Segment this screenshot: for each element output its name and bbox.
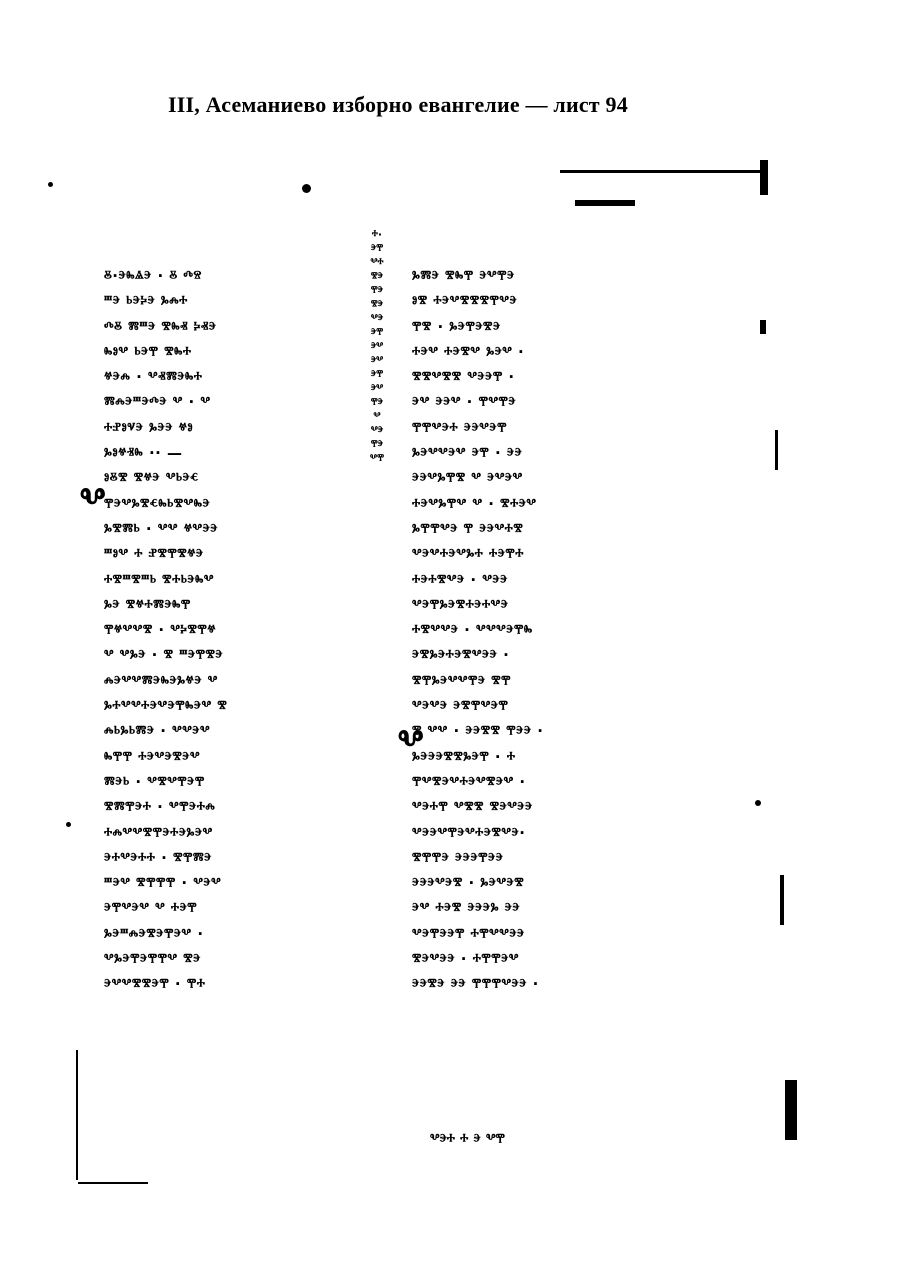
manuscript-line: ⱎⰵ ⱃⰵⰽⰵ ⰳⰾⰰ — [104, 289, 227, 314]
manuscript-line: ⰹ ⰲⰲ · ⰵⰵⰺⰺ ⰹⰵⰵ · — [412, 719, 543, 744]
initial-letter-right: ⰲ — [398, 720, 424, 767]
manuscript-line: ⰾⱃⰳⱃⰿⰵ · ⰲⰲⰵⰲ — [104, 719, 227, 744]
manuscript-line: ⰸⰹⰹ ⰰⰵⰲⰵⰺⰵⰲ — [104, 745, 227, 770]
manuscript-line: ⰲⰳⰵⰹⰵⰹⰹⰲ ⰺⰵ — [104, 947, 227, 972]
manuscript-left-column: ⰻ·ⰵⰸⱑⰵ · ⰻ ⰴⱄⱎⰵ ⱃⰵⰽⰵ ⰳⰾⰰⰴⰻ ⰿⱎⰵ ⰺⰸⱏ ⰽⱏⰵⰸⱁ… — [104, 264, 227, 998]
manuscript-line: ⰵⰲⰲⰺⰺⰵⰹ · ⰹⰰ — [104, 972, 227, 997]
manuscript-line: ⰳⰵ ⰺⱍⰰⰿⰵⰸⰹ — [104, 593, 227, 618]
scan-speck — [302, 184, 311, 193]
manuscript-line: ⰳⱁⱍⱐⰸ ·· — — [104, 441, 227, 466]
manuscript-line: ⰺⰹⰳⰵⰲⰲⰹⰵ ⰺⰹ — [412, 669, 543, 694]
scan-mark — [560, 170, 760, 173]
manuscript-line: ⰿⰵⱃ · ⰲⰺⰲⰹⰵⰹ — [104, 770, 227, 795]
manuscript-line: ⰹⰵⰲⰳⰺⱔⰸⱃⰺⰲⰸⰵ — [104, 492, 227, 517]
scan-speck — [755, 800, 761, 806]
scan-mark — [775, 430, 778, 470]
scan-speck — [66, 822, 71, 827]
manuscript-line: ⰿⰾⰵⱎⰵⰴⰵ ⰲ · ⰲ — [104, 390, 227, 415]
manuscript-line: ⰰⰾⰲⰲⰺⰹⰵⰰⰵⰳⰵⰲ — [104, 821, 227, 846]
manuscript-line: ⰵⰲ ⰰⰵⰺ ⰵⰵⰵⰳ ⰵⰵ — [412, 896, 543, 921]
manuscript-line: ⰰⰺⰲⰲⰵ · ⰲⰲⰲⰵⰹⰸ — [412, 618, 543, 643]
scan-mark — [760, 320, 766, 334]
manuscript-line: ⰲⰵⰹⰵⰵⰹ ⰰⰹⰲⰲⰵⰵ — [412, 922, 543, 947]
scan-mark — [78, 1182, 148, 1184]
manuscript-line: ⰰⱀⱁⱌⰵ ⰳⰵⰵ ⱍⱁ — [104, 416, 227, 441]
manuscript-line: ⰵⰵⰺⰵ ⰵⰵ ⰹⰹⰹⰲⰵⰵ · — [412, 972, 543, 997]
scan-mark — [760, 160, 768, 195]
manuscript-line: ⰰⰵⰲ ⰰⰵⰺⰲ ⰳⰵⰲ · — [412, 340, 543, 365]
initial-letter-left: ⰲ — [80, 478, 106, 525]
manuscript-line: ⰾⰵⰲⰲⰿⰵⰸⰵⰳⱍⰵ ⰲ — [104, 669, 227, 694]
manuscript-right-column: ⰳⰿⰵ ⰺⰸⰹ ⰵⰲⰹⰵⱁⰺ ⰰⰵⰲⰺⰺⰺⰹⰲⰵⰹⰺ · ⰳⰵⰹⰵⰺⰵⰰⰵⰲ ⰰ… — [412, 264, 543, 998]
manuscript-line: ⰳⰵⱎⰾⰵⰺⰵⰹⰵⰲ · — [104, 922, 227, 947]
manuscript-line: ⰸⱁⰲ ⱃⰵⰹ ⰺⰸⰰ — [104, 340, 227, 365]
manuscript-line: ⰵⰺⰳⰵⰰⰵⰺⰲⰵⰵ · — [412, 643, 543, 668]
manuscript-line: ⰻ·ⰵⰸⱑⰵ · ⰻ ⰴⱄ — [104, 264, 227, 289]
manuscript-line: ⰵⰲ ⰵⰵⰲ · ⰹⰲⰹⰵ — [412, 390, 543, 415]
manuscript-line: ⰹⰲⰺⰵⰲⰰⰵⰲⰺⰵⰲ · — [412, 770, 543, 795]
manuscript-line: ⰲⰵⰵⰲⰹⰵⰲⰰⰵⰺⰲⰵ· — [412, 821, 543, 846]
manuscript-line: ⱎⰵⰲ ⰺⰹⰹⰹ · ⰲⰵⰲ — [104, 871, 227, 896]
manuscript-line: ⱁⰺ ⰰⰵⰲⰺⰺⰺⰹⰲⰵ — [412, 289, 543, 314]
manuscript-line: ⰹⱍⰲⰲⰺ · ⰲⰽⰺⰹⱍ — [104, 618, 227, 643]
manuscript-line: ⰰⰵⰲⰳⰹⰲ ⰲ · ⰺⰰⰵⰲ — [412, 492, 543, 517]
footer-annotation: ⰲⰵⰰ ⰰ ⰵ ⰲⰹ — [430, 1130, 505, 1148]
manuscript-line: ⰺⰵⰲⰵⰵ · ⰰⰹⰹⰵⰲ — [412, 947, 543, 972]
manuscript-line: ⰹⰺ · ⰳⰵⰹⰵⰺⰵ — [412, 315, 543, 340]
manuscript-line: ⰳⰵⰲⰲⰵⰲ ⰵⰹ · ⰵⰵ — [412, 441, 543, 466]
scan-mark — [575, 200, 635, 206]
manuscript-line: ⰰⰺⱎⰺⱎⱃ ⰺⰰⱃⰵⰸⰲ — [104, 568, 227, 593]
manuscript-line: ⰲⰵⰹⰳⰵⰺⰰⰵⰰⰲⰵ — [412, 593, 543, 618]
manuscript-line: ⱍⰵⰾ · ⰲⱏⰿⰵⰸⰰ — [104, 365, 227, 390]
manuscript-line: ⰴⰻ ⰿⱎⰵ ⰺⰸⱏ ⰽⱏⰵ — [104, 315, 227, 340]
manuscript-line: ⰲⰵⰲⰰⰵⰲⰳⰰ ⰰⰵⰹⰰ — [412, 542, 543, 567]
manuscript-line: ⰵⰰⰲⰵⰰⰰ · ⰺⰹⰿⰵ — [104, 846, 227, 871]
manuscript-line: ⰳⰵⰵⰵⰺⰺⰳⰵⰹ · ⰰ — [412, 745, 543, 770]
manuscript-line: ⰳⰹⰹⰲⰵ ⰹ ⰵⰵⰲⰰⰺ — [412, 517, 543, 542]
scan-mark — [780, 875, 784, 925]
manuscript-line: ⰲ ⰲⰳⰵ · ⰺ ⱎⰵⰹⰺⰵ — [104, 643, 227, 668]
manuscript-line: ⰵⰵⰲⰳⰹⰺ ⰲ ⰵⰲⰵⰲ — [412, 466, 543, 491]
manuscript-line: ⰺⰿⰹⰵⰰ · ⰲⰹⰵⰰⰾ — [104, 795, 227, 820]
page-heading: III, Асеманиево изборно евангелие — лист… — [168, 92, 628, 118]
manuscript-line: ⰲⰵⰲⰵ ⰵⰺⰹⰲⰵⰹ — [412, 694, 543, 719]
manuscript-line: ⱎⱁⰲ ⰰ ⱀⰺⰹⰺⱍⰵ — [104, 542, 227, 567]
margin-annotation: ⰰ·ⰵⰹⰲⰰⰺⰵⰹⰵⰺⰵⰲⰵⰵⰹⰵⰲⰵⰲⰵⰹⰵⰲⰹⰵⰲⰲⰵⰹⰵⰲⰹ — [370, 228, 384, 466]
manuscript-line: ⰺⰺⰲⰺⰺ ⰲⰵⰵⰹ · — [412, 365, 543, 390]
manuscript-line: ⰹⰹⰲⰵⰰ ⰵⰵⰲⰵⰹ — [412, 416, 543, 441]
manuscript-line: ⰵⰹⰲⰵⰲ ⰲ ⰰⰵⰹ — [104, 896, 227, 921]
manuscript-line: ⰲⰵⰰⰹ ⰲⰺⰺ ⰺⰵⰲⰵⰵ — [412, 795, 543, 820]
manuscript-line: ⰳⰰⰲⰲⰰⰵⰲⰵⰹⰸⰵⰲ ⰺ — [104, 694, 227, 719]
manuscript-line: ⰰⰵⰰⰺⰲⰵ · ⰲⰵⰵ — [412, 568, 543, 593]
manuscript-line: ⰳⰿⰵ ⰺⰸⰹ ⰵⰲⰹⰵ — [412, 264, 543, 289]
scan-mark — [785, 1080, 797, 1140]
scan-mark — [76, 1050, 78, 1180]
scan-speck — [48, 182, 53, 187]
manuscript-line: ⰳⰺⰿⱃ · ⰲⰲ ⱍⰲⰵⰵ — [104, 517, 227, 542]
manuscript-line: ⰵⰵⰵⰲⰵⰺ · ⰳⰵⰲⰵⰺ — [412, 871, 543, 896]
manuscript-line: ⱁⰻⰺ ⰺⱍⰵ ⰲⱃⰵⱔ — [104, 466, 227, 491]
manuscript-line: ⰺⰹⰹⰵ ⰵⰵⰵⰹⰵⰵ — [412, 846, 543, 871]
